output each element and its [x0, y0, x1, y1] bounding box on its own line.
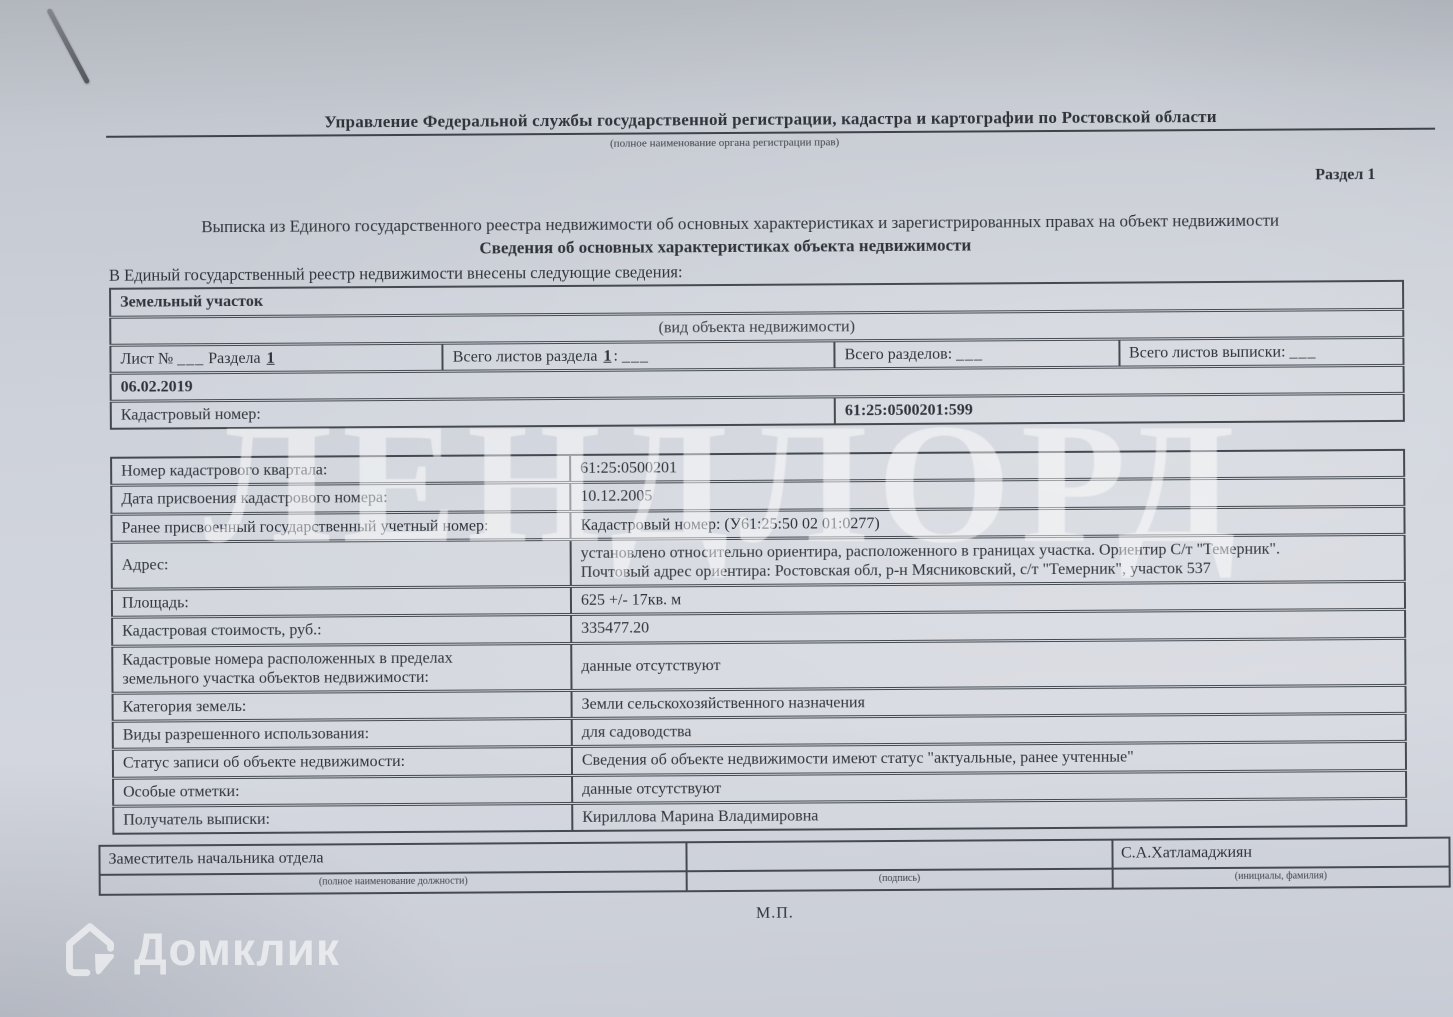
- position-cell: Заместитель начальника отдела (полное на…: [99, 842, 687, 895]
- row-label: Статус записи об объекте недвижимости:: [113, 747, 572, 778]
- total-extract-sheets-cell: Всего листов выписки: ___: [1119, 337, 1404, 367]
- signature-cell: (подпись): [687, 840, 1113, 892]
- row-value: Кириллова Марина Владимировна: [572, 798, 1406, 831]
- row-inner-objects: Кадастровые номера расположенных в преде…: [112, 638, 1405, 693]
- row-value: данные отсутствуют: [571, 638, 1405, 690]
- row-address: Адрес: установлено относительно ориентир…: [112, 534, 1405, 589]
- details-table: Номер кадастрового квартала: 61:25:05002…: [110, 449, 1407, 835]
- row-label: Кадастровые номера расположенных в преде…: [112, 643, 571, 693]
- section-label: Раздел 1: [0, 165, 1375, 193]
- egrn-document: Управление Федеральной службы государств…: [0, 0, 1453, 928]
- total-sections-blank: ___: [956, 345, 983, 362]
- name-cell: С.А.Хатламаджиян (инициалы, фамилия): [1112, 837, 1450, 888]
- signature-caption: (подпись): [688, 870, 1111, 891]
- total-sheets-cell: Всего листов раздела 1: ___: [443, 341, 835, 372]
- official-name: С.А.Хатламаджиян: [1113, 839, 1449, 870]
- row-label: Получатель выписки:: [113, 803, 572, 833]
- total-sections-cell: Всего разделов: ___: [834, 339, 1119, 369]
- section-number: 1: [265, 349, 277, 366]
- total-sections-label: Всего разделов:: [844, 345, 952, 363]
- row-label: Ранее присвоенный государственный учетны…: [111, 511, 570, 542]
- row-label: Категория земель:: [113, 690, 572, 721]
- row-label: Дата присвоения кадастрового номера:: [111, 483, 570, 514]
- object-header-table: Земельный участок (вид объекта недвижимо…: [109, 280, 1405, 430]
- official-position: Заместитель начальника отдела: [100, 843, 685, 876]
- total-extract-sheets-label: Всего листов выписки:: [1129, 343, 1286, 361]
- cadastral-number-label: Кадастровый номер:: [111, 397, 835, 429]
- total-sheets-number: 1: [601, 347, 613, 364]
- signature-space: [688, 841, 1111, 873]
- signature-block: Заместитель начальника отдела (полное на…: [98, 836, 1450, 895]
- row-label: Особые отметки:: [113, 775, 572, 806]
- row-label: Адрес:: [112, 539, 571, 589]
- total-sheets-label: Всего листов раздела: [453, 348, 598, 366]
- section-word: Раздела: [208, 350, 260, 367]
- row-label: Площадь:: [112, 587, 571, 618]
- position-caption: (полное наименование должности): [101, 872, 686, 894]
- sheet-blank: ___: [177, 350, 204, 367]
- cadastral-number-value: 61:25:0500201:599: [835, 393, 1404, 424]
- domclick-house-icon: [62, 920, 118, 978]
- row-label: Виды разрешенного использования:: [113, 719, 572, 750]
- domclick-watermark: Домклик: [62, 920, 340, 978]
- total-extract-sheets-blank: ___: [1289, 343, 1316, 360]
- total-sheets-blank: ___: [622, 347, 649, 364]
- row-label: Кадастровая стоимость, руб.:: [112, 615, 571, 646]
- sheet-label: Лист №: [120, 350, 173, 367]
- sheet-number-cell: Лист № ___ Раздела 1: [110, 343, 442, 373]
- row-label: Номер кадастрового квартала:: [111, 455, 570, 485]
- colon: :: [613, 347, 618, 364]
- domclick-logo-text: Домклик: [134, 922, 340, 976]
- row-value: установлено относительно ориентира, расп…: [571, 534, 1405, 586]
- name-caption: (инициалы, фамилия): [1113, 868, 1449, 888]
